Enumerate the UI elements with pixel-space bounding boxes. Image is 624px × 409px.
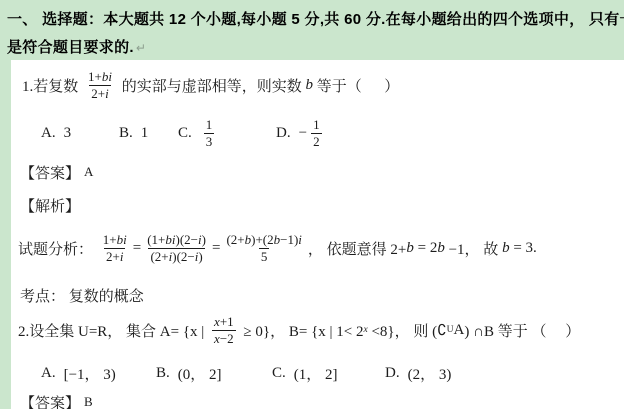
knowledge-point: 考点： 复数的概念 [20, 285, 144, 305]
equals-sign: = [133, 240, 141, 257]
question-1-variable: b [306, 77, 314, 94]
question-1: 1.若复数 1+bi 2+i 的实部与虚部相等，则实数 b 等于（ ） [22, 62, 399, 108]
section-title-text1: 一、 选择题：本大题共 12 个小题,每小题 5 分,共 60 分.在每小题给出… [7, 11, 624, 28]
option-2a: A. [−1， 3) [41, 358, 116, 388]
analysis-header: 【解析】 [20, 195, 80, 215]
answer-2: 【答案】 B [20, 392, 93, 409]
fraction-1-over-2: 1 2 [311, 117, 322, 150]
question-1-tail: 等于（ ） [313, 75, 399, 96]
section-title-line1: 一、 选择题：本大题共 12 个小题,每小题 5 分,共 60 分.在每小题给出… [7, 8, 624, 29]
answer-2-tag: 【答案】 [20, 392, 80, 409]
fraction-1-over-3: 1 3 [204, 117, 215, 150]
complement-subscript-U: U [447, 325, 454, 335]
question-1-prefix: 1.若复数 [22, 75, 82, 96]
paragraph-mark-icon: ↵ [136, 41, 146, 55]
analysis-label: 试题分析： [18, 238, 97, 259]
option-2d: D. (2， 3) [385, 358, 451, 388]
question-2-p4: ) ∩B 等于 （ ） [464, 320, 580, 341]
question-2-p2: ≥ 0}， B= {x | 1< 2 [240, 320, 364, 341]
analysis-line: 试题分析： 1+bi 2+i = (1+bi)(2−i) (2+i)(2−i) … [18, 222, 537, 274]
option-2b: B. (0， 2] [156, 358, 222, 388]
option-1a: A. 3 [41, 110, 71, 156]
question-2-options: A. [−1， 3) B. (0， 2] C. (1， 2] D. (2， 3) [0, 358, 624, 388]
fraction-analysis-2: (1+bi)(2−i) (2+i)(2−i) [145, 232, 208, 265]
answer-1-tag: 【答案】 [20, 162, 80, 183]
question-2: 2.设全集 U=R， 集合 A= {x | x+1 x−2 ≥ 0}， B= {… [18, 306, 580, 354]
question-1-mid: 的实部与虚部相等，则实数 [118, 75, 306, 96]
question-2-p1: 2.设全集 U=R， 集合 A= {x | [18, 320, 208, 341]
section-title-line2: 是符合题目要求的.↵ [7, 36, 146, 57]
answer-1-value: A [84, 164, 93, 180]
answer-1: 【答案】 A [20, 162, 93, 182]
exam-document-page: { "page": { "background": "#cbe6cd", "sh… [0, 0, 624, 409]
fraction-analysis-3: (2+b)+(2b−1)i 5 [224, 232, 303, 265]
fraction-analysis-1: 1+bi 2+i [101, 232, 129, 265]
question-1-options: A. 3 B. 1 C. 1 3 D. − 1 2 [0, 110, 624, 156]
question-2-p3: <8}， 则 ( [368, 320, 437, 341]
option-1b: B. 1 [119, 110, 148, 156]
option-1c: C. 1 3 [178, 110, 218, 156]
answer-2-value: B [84, 394, 93, 409]
equals-sign: = [212, 240, 220, 257]
complement-set-A: A [454, 322, 465, 339]
section-title-text2: 是符合题目要求的. [7, 39, 134, 56]
fraction-xplus1-over-xminus2: x+1 x−2 [212, 314, 236, 347]
complement-symbol: ∁ [437, 321, 447, 340]
minus-sign: − [299, 125, 307, 142]
option-2c: C. (1， 2] [272, 358, 338, 388]
option-1d: D. − 1 2 [276, 110, 326, 156]
fraction-1plusbi-over-2plusi: 1+bi 2+i [86, 69, 114, 102]
